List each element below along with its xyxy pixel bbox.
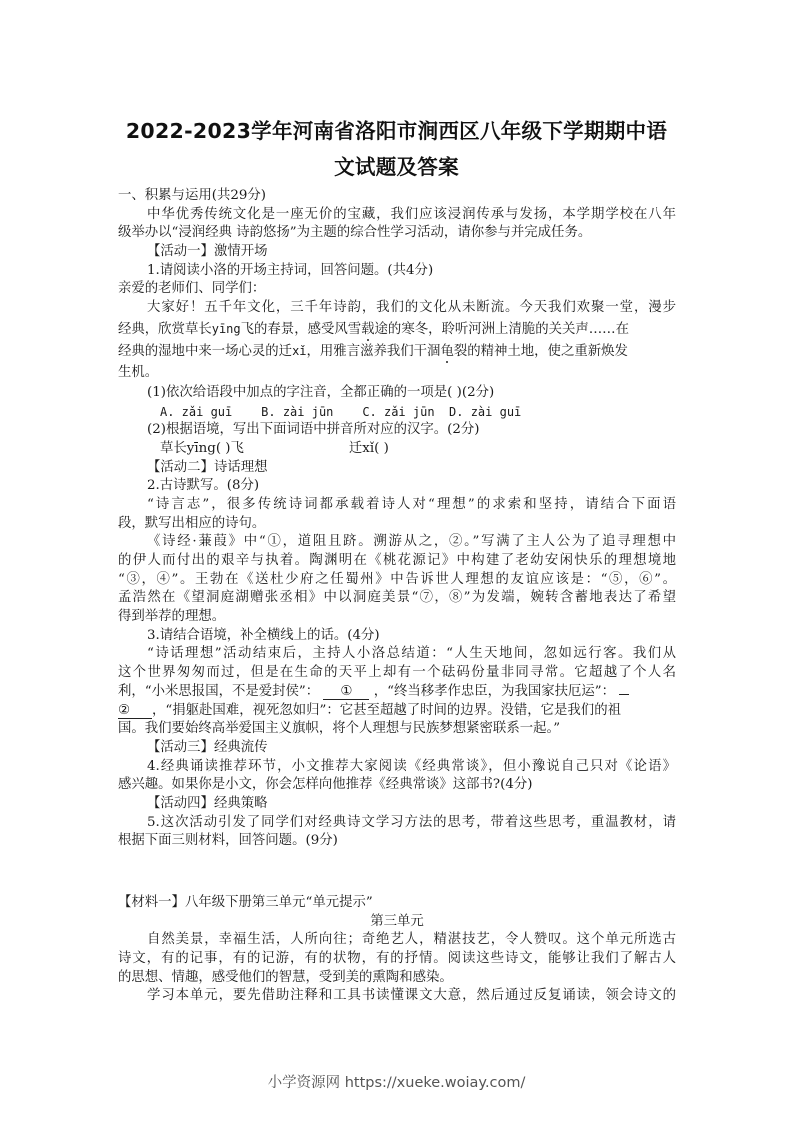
material-heading: 【材料一】八年级下册第三单元“单元提示”: [118, 893, 676, 912]
q3-line: 这个世界匆匆而过，但是在生命的天平上却有一个砝码份量非同寻常。它超越了个人名: [118, 664, 676, 683]
speech-greeting: 亲爱的老师们、同学们：: [118, 280, 676, 299]
material-line: 自然美景，幸福生活，人所向往；奇绝艺人，精湛技艺，令人赞叹。这个单元所选古: [118, 930, 676, 949]
question-stem: 1.请阅读小洛的开场主持词，回答问题。(共4分): [118, 262, 676, 281]
answer-blank-1[interactable]: ①: [323, 684, 369, 700]
q3-text: ，“终当移孝作忠臣，为我国家扶厄运”：: [374, 684, 615, 699]
option-c: C. zǎi jūn: [362, 405, 434, 419]
speech-text: 经典的湿地中来一场心灵的迁: [118, 344, 292, 359]
material-line: 诗文，有的记事，有的记游，有的状物，有的抒情。阅读这些诗文，能够让我们了解古人: [118, 949, 676, 968]
q3-line: ②，“捐躯赴国难，视死忽如归”：它甚至超越了时间的边界。没错，它是我们的祖: [118, 702, 676, 721]
fill-item: 迁xǐ( ): [349, 441, 389, 456]
speech-text: 飞的春景，感受风雪: [241, 322, 362, 337]
footer-watermark: 小学资源网 https://xueke.woiay.com/: [0, 1071, 793, 1092]
q3-text: ，“捐躯赴国难，视死忽如归”：它甚至超越了时间的边界。没错，它是我们的祖: [152, 703, 621, 718]
activity-heading: 【活动二】诗话理想: [118, 459, 676, 478]
q5-line: 5.这次活动引发了同学们对经典诗文学习方法的思考，带着这些思考，重温教材，请: [118, 814, 676, 833]
speech-text: 经典，欣赏草长: [118, 322, 212, 337]
section-heading: 一、积累与运用(共29分): [118, 187, 676, 206]
intro-line: 中华优秀传统文化是一座无价的宝藏，我们应该浸润传承与发扬，本学期学校在八年: [118, 206, 676, 225]
option-a: A. zǎi guī: [160, 405, 232, 419]
q3-text: 利，“小米思报国，不是爱封侯”：: [118, 684, 319, 699]
answer-blank-2[interactable]: ②: [118, 703, 152, 719]
material-one: 【材料一】八年级下册第三单元“单元提示” 第三单元 自然美景，幸福生活，人所向往…: [118, 893, 676, 1005]
activity-heading: 【活动四】经典策略: [118, 795, 676, 814]
q3-line: 利，“小米思报国，不是爱封侯”： ① ，“终当移孝作忠臣，为我国家扶厄运”：: [118, 683, 676, 702]
q2-line: “③，④”。王勃在《送杜少府之任蜀州》中告诉世人理想的友谊应该是：“⑤，⑥”。: [118, 571, 676, 590]
unit-title: 第三单元: [118, 912, 676, 931]
q2-line: 得到举荐的理想。: [118, 608, 676, 627]
speech-line: 生机。: [118, 362, 676, 384]
answer-options: A. zǎi guī B. zài jūn C. zǎi jūn D. zài …: [118, 403, 676, 422]
question-stem: 3.请结合语境，补全横线上的话。(4分): [118, 627, 676, 646]
intro-line: 级举办以“浸润经典 诗韵悠扬”为主题的综合性学习活动，请你参与并完成任务。: [118, 224, 676, 243]
document-body: 一、积累与运用(共29分) 中华优秀传统文化是一座无价的宝藏，我们应该浸润传承与…: [118, 187, 676, 851]
sub-question: (2)根据语境，写出下面词语中拼音所对应的汉字。(2分): [118, 421, 676, 440]
speech-text: 途的寒冬，聆听河洲上清脆的关关声……在: [375, 322, 629, 337]
option-d: D. zài guī: [449, 405, 521, 419]
q2-line: 的伊人而付出的艰辛与执着。陶渊明在《桃花源记》中构建了老幼安闲快乐的理想境地: [118, 552, 676, 571]
material-line: 学习本单元，要先借助注释和工具书读懂课文大意，然后通过反复诵读，领会诗文的: [118, 986, 676, 1005]
option-b: B. zài jūn: [261, 405, 333, 419]
speech-text: 裂的精神土地，使之重新焕发: [454, 344, 628, 359]
q2-line: “诗言志”，很多传统诗词都承载着诗人对“理想”的求索和坚持，请结合下面语: [118, 496, 676, 515]
q2-line: 孟浩然在《望洞庭湖赠张丞相》中以洞庭美景“⑦，⑧”为发端，婉转含蓄地表达了希望: [118, 589, 676, 608]
pinyin-blank: yīng: [212, 322, 241, 336]
q4-line: 感兴趣。如果你是小文，你会怎样向他推荐《经典常谈》这部书?(4分): [118, 776, 676, 795]
document-title-line2: 文试题及答案: [0, 150, 793, 180]
q3-line: 国。我们要始终高举爱国主义旗帜，将个人理想与民族梦想紧密联系一起。”: [118, 720, 676, 739]
fill-item: 草长yīng( )飞: [160, 441, 244, 456]
speech-line: 经典的湿地中来一场心灵的迁xǐ，用雅言滋养我们干涸龟裂的精神土地，使之重新焕发: [118, 340, 676, 362]
q2-line: 段，默写出相应的诗句。: [118, 515, 676, 534]
activity-heading: 【活动一】激情开场: [118, 243, 676, 262]
pinyin-blank: xǐ: [292, 344, 306, 358]
q5-line: 根据下面三则材料，回答问题。(9分): [118, 832, 676, 851]
document-page: 2022-2023学年河南省洛阳市涧西区八年级下学期期中语 文试题及答案 一、积…: [0, 0, 793, 1121]
q2-line: 《诗经·蒹葭》中“①，道阻且跻。溯游从之，②。”写满了主人公为了追寻理想中: [118, 533, 676, 552]
dotted-character: 载: [361, 322, 374, 337]
document-title-line1: 2022-2023学年河南省洛阳市涧西区八年级下学期期中语: [0, 114, 793, 144]
answer-blank-2-start[interactable]: [619, 694, 629, 695]
dotted-character: 龟: [440, 344, 453, 359]
sub-question: (1)依次给语段中加点的字注音，全都正确的一项是( )(2分): [118, 384, 676, 403]
fill-items: 草长yīng( )飞迁xǐ( ): [118, 440, 676, 459]
material-line: 的思想、情趣，感受他们的智慧，受到美的熏陶和感染。: [118, 968, 676, 987]
q3-line: “诗话理想”活动结束后，主持人小洛总结道：“人生天地间，忽如远行客。我们从: [118, 645, 676, 664]
speech-text: ，用雅言滋养我们干涸: [307, 344, 441, 359]
q4-line: 4.经典诵读推荐环节，小文推荐大家阅读《经典常谈》，但小豫说自己只对《论语》: [118, 758, 676, 777]
speech-line: 大家好！五千年文化，三千年诗韵，我们的文化从未断流。今天我们欢聚一堂，漫步: [118, 299, 676, 318]
speech-line: 经典，欣赏草长yīng飞的春景，感受风雪载途的寒冬，聆听河洲上清脆的关关声……在: [118, 318, 676, 340]
activity-heading: 【活动三】经典流传: [118, 739, 676, 758]
question-stem: 2.古诗默写。(8分): [118, 477, 676, 496]
